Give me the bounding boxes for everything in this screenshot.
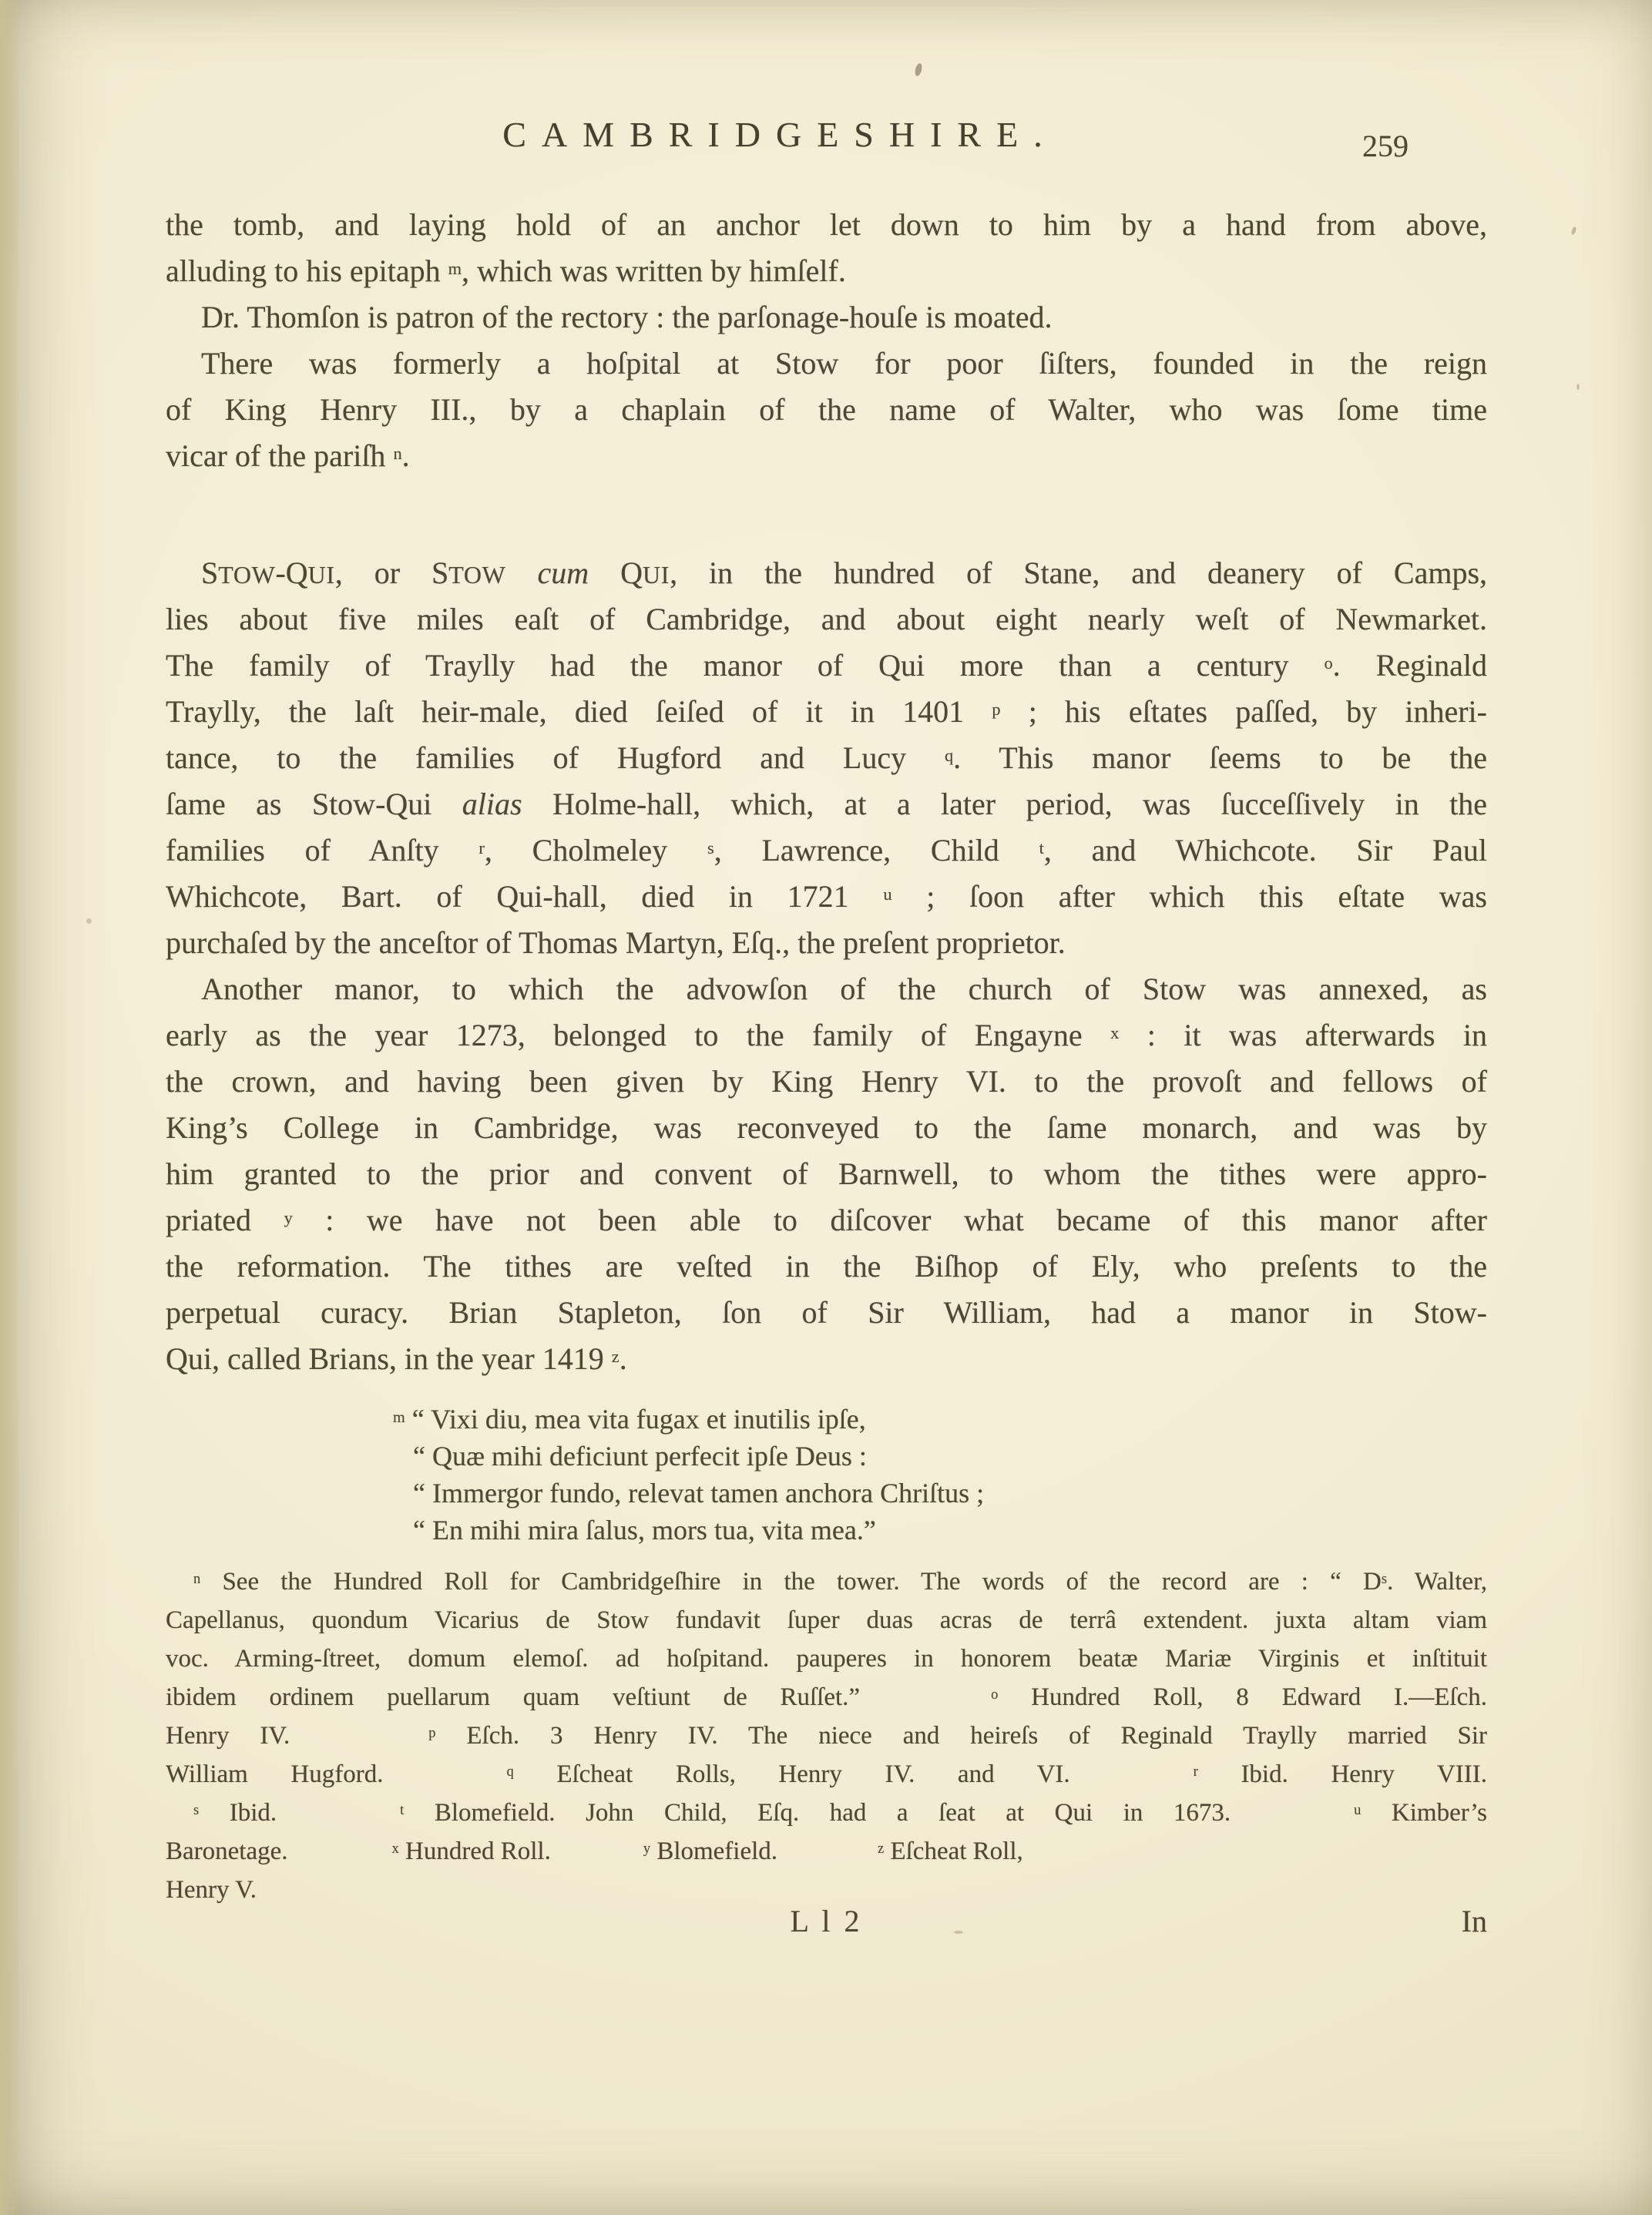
verse-line: “ Quæ mihi deficiunt perfecit ipſe Deus … — [393, 1438, 1395, 1475]
text-line: King’s College in Cambridge, was reconve… — [166, 1105, 1487, 1151]
footnotes: n See the Hundred Roll for Cambridgeſhir… — [166, 1562, 1487, 1909]
running-title: CAMBRIDGESHIRE. — [166, 114, 1487, 155]
paper-speck — [1576, 384, 1580, 390]
footnote-line: William Hugford.q Eſcheat Rolls, Henry I… — [166, 1755, 1487, 1794]
epitaph-verse: m “ Vixi diu, mea vita fugax et inutilis… — [393, 1401, 1395, 1549]
page-number: 259 — [1362, 128, 1409, 164]
text-line: There was formerly a hoſpital at Stow fo… — [166, 341, 1487, 387]
text-line: of King Henry III., by a chaplain of the… — [166, 387, 1487, 433]
text-line: perpetual curacy. Brian Stapleton, ſon o… — [166, 1290, 1487, 1336]
verse-line: m “ Vixi diu, mea vita fugax et inutilis… — [393, 1401, 1395, 1438]
text-line: priated y : we have not been able to diſ… — [166, 1197, 1487, 1243]
text-line: the crown, and having been given by King… — [166, 1059, 1487, 1105]
text-line: families of Anſty r, Cholmeley s, Lawren… — [166, 827, 1487, 874]
verse-line: “ En mihi mira ſalus, mors tua, vita mea… — [393, 1512, 1395, 1549]
text-line: him granted to the prior and convent of … — [166, 1151, 1487, 1197]
text-line: Another manor, to which the advowſon of … — [166, 966, 1487, 1012]
text-line: the reformation. The tithes are veſted i… — [166, 1243, 1487, 1290]
footnote-line: n See the Hundred Roll for Cambridgeſhir… — [166, 1562, 1487, 1601]
main-text: the tomb, and laying hold of an anchor l… — [166, 202, 1487, 1382]
book-page: CAMBRIDGESHIRE. 259 the tomb, and laying… — [0, 0, 1652, 2215]
footnote-line: s Ibid.t Blomefield. John Child, Eſq. ha… — [166, 1794, 1487, 1832]
text-line: vicar of the pariſh n. — [166, 433, 1487, 479]
page-header: CAMBRIDGESHIRE. 259 — [166, 114, 1487, 168]
paper-speck — [1570, 226, 1576, 235]
footnote-line: Henry IV.p Eſch. 3 Henry IV. The niece a… — [166, 1717, 1487, 1755]
text-line: Traylly, the laſt heir-male, died ſeiſed… — [166, 689, 1487, 735]
footnote-line: Capellanus, quondum Vicarius de Stow fun… — [166, 1601, 1487, 1639]
paper-speck — [914, 62, 923, 76]
paper-speck — [954, 1931, 963, 1934]
text-line: the tomb, and laying hold of an anchor l… — [166, 202, 1487, 248]
catchword: In — [1462, 1903, 1487, 1939]
signature-mark: L l 2 — [166, 1903, 1487, 1939]
text-line: The family of Traylly had the manor of Q… — [166, 643, 1487, 689]
footnote-line: ibidem ordinem puellarum quam veſtiunt d… — [166, 1678, 1487, 1717]
text-line: alluding to his epitaph m, which was wri… — [166, 248, 1487, 294]
footnote-line: voc. Arming-ſtreet, domum elemoſ. ad hoſ… — [166, 1639, 1487, 1678]
verse-line: “ Immergor fundo, relevat tamen anchora … — [393, 1475, 1395, 1512]
text-line: lies about five miles eaſt of Cambridge,… — [166, 596, 1487, 643]
paper-speck — [86, 918, 92, 924]
text-line: Qui, called Brians, in the year 1419 z. — [166, 1336, 1487, 1382]
text-line: purchaſed by the anceſtor of Thomas Mart… — [166, 920, 1487, 966]
text-line: Whichcote, Bart. of Qui-hall, died in 17… — [166, 874, 1487, 920]
text-line: tance, to the families of Hugford and Lu… — [166, 735, 1487, 781]
text-line: Dr. Thomſon is patron of the rectory : t… — [166, 294, 1487, 341]
footnote-line: Baronetage.x Hundred Roll.y Blomefield.z… — [166, 1832, 1487, 1871]
text-line: early as the year 1273, belonged to the … — [166, 1012, 1487, 1059]
signature-row: L l 2 In — [166, 1903, 1487, 1949]
text-line: ſame as Stow-Qui alias Holme-hall, which… — [166, 781, 1487, 827]
text-line: STOW-QUI, or STOW cum QUI, in the hundre… — [166, 550, 1487, 596]
